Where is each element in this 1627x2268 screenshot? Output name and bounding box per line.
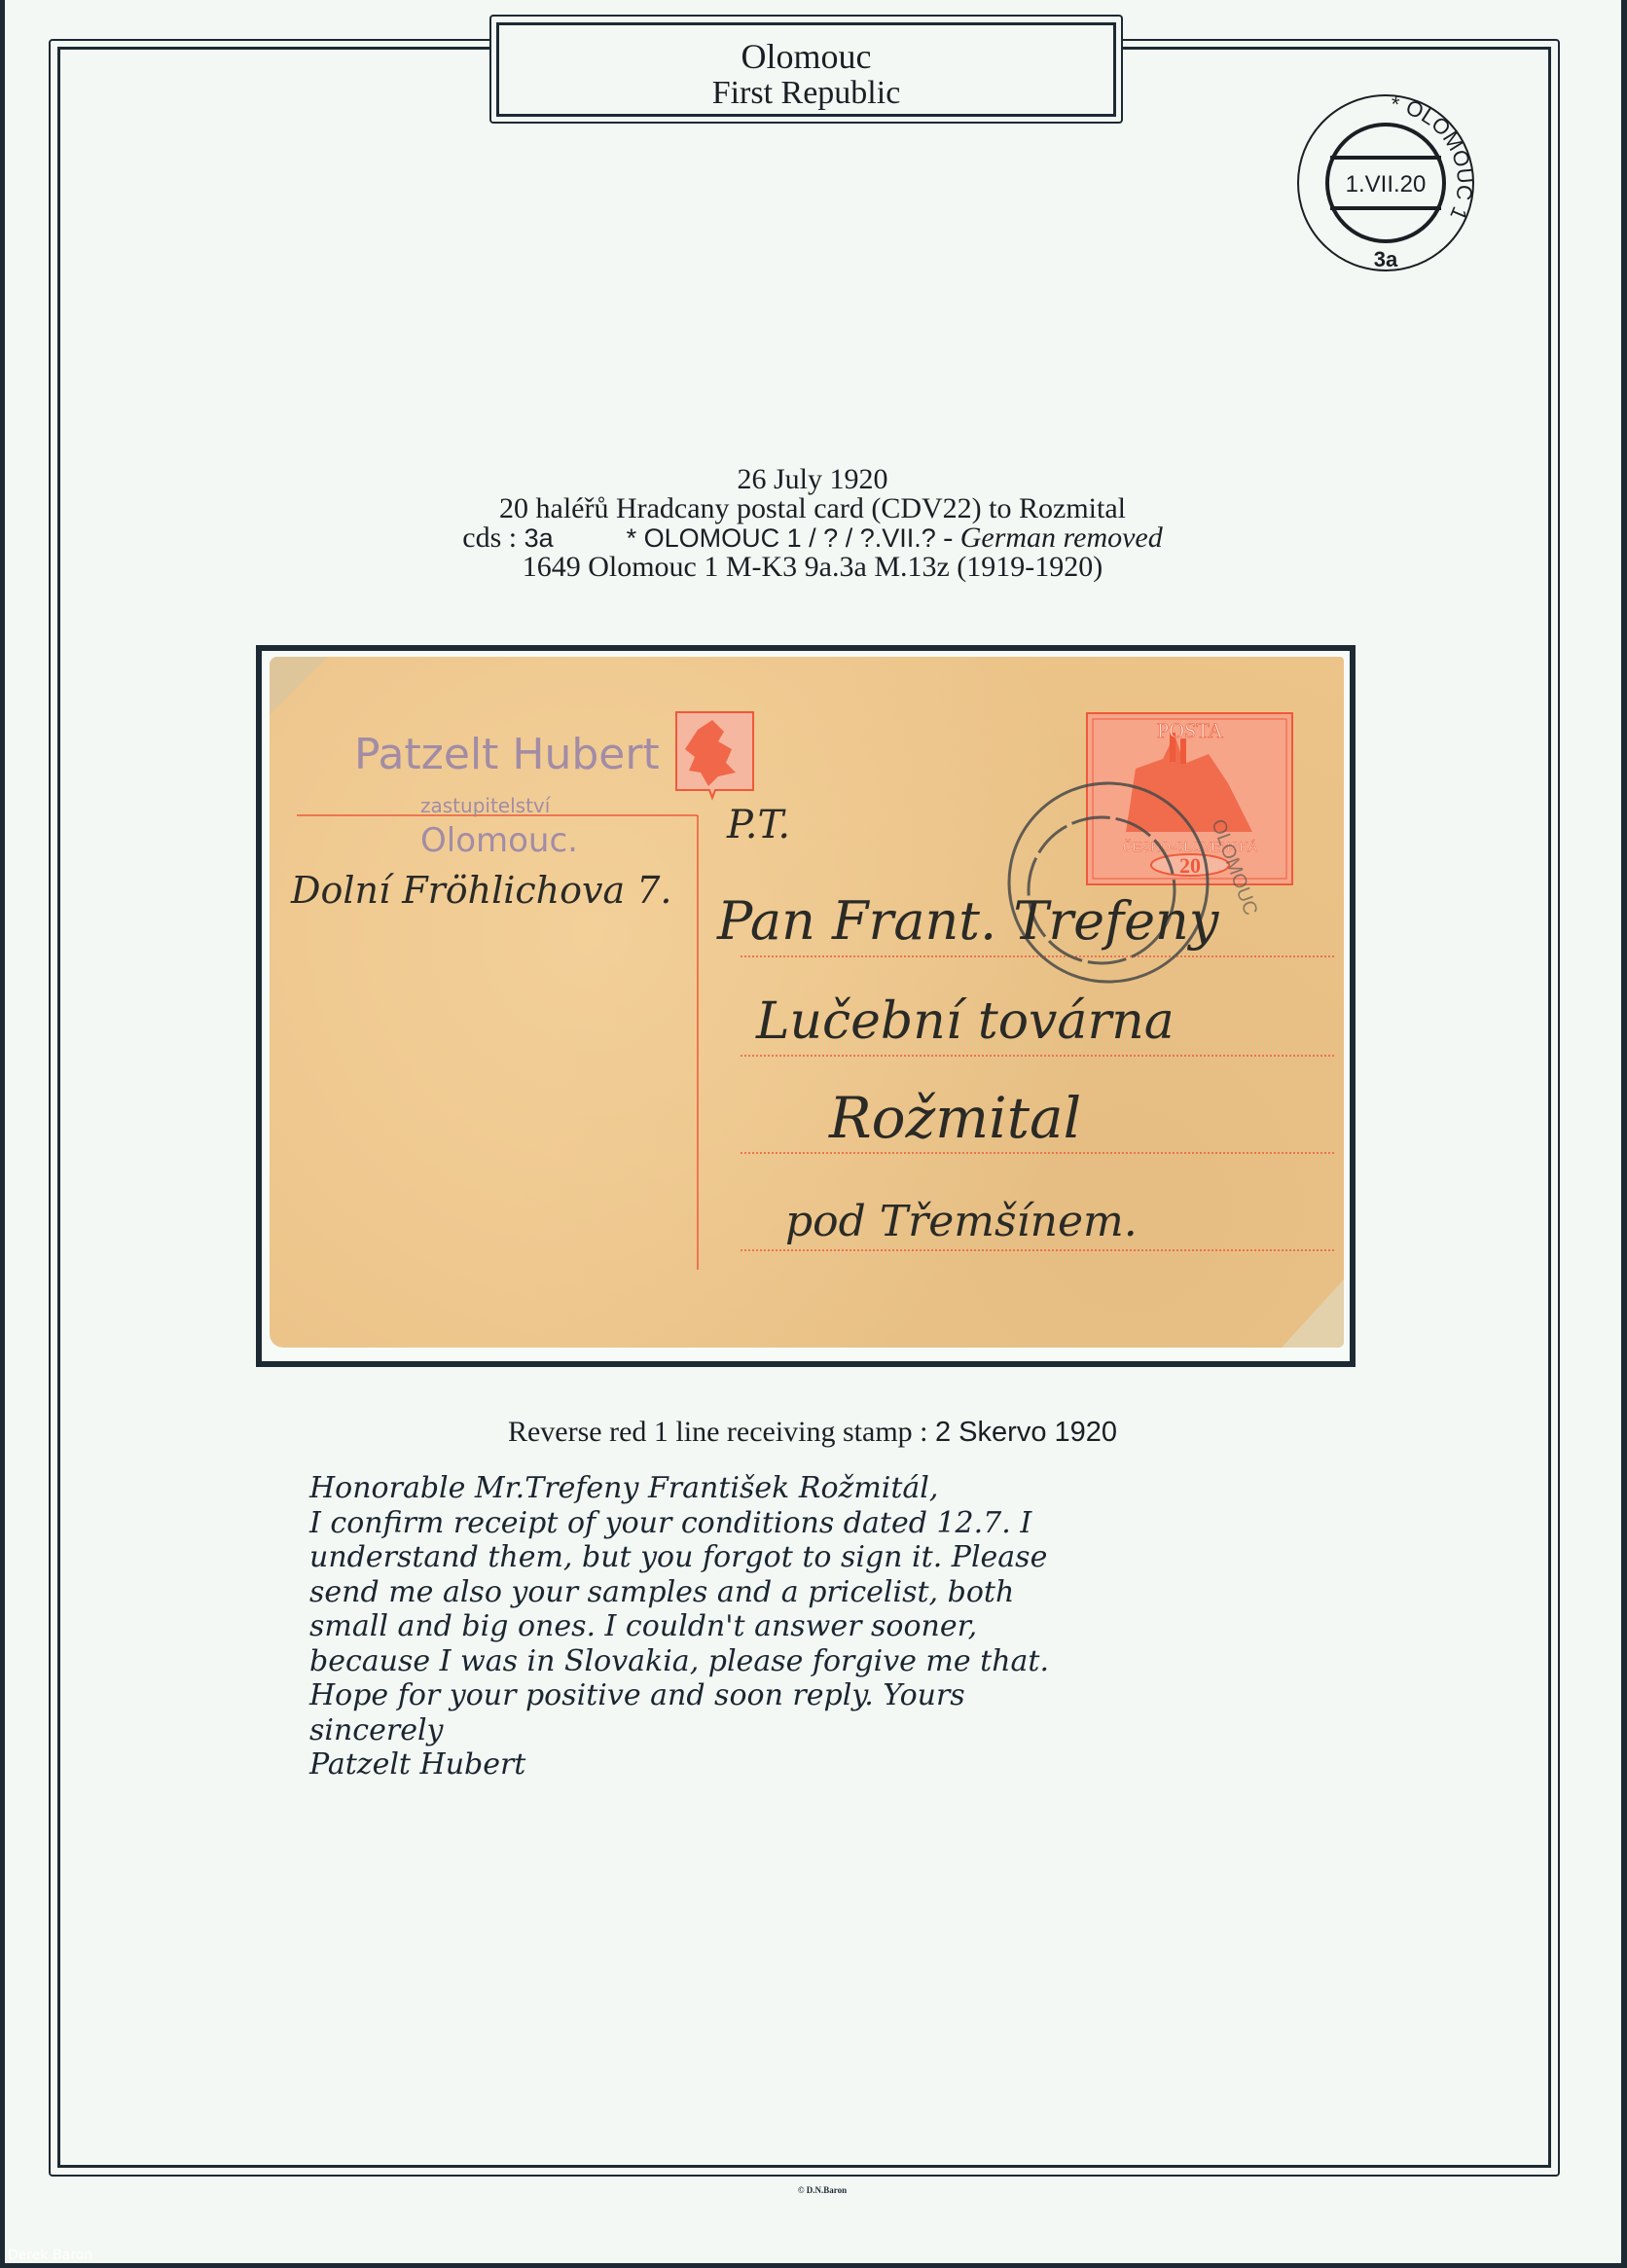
letter-line: I confirm receipt of your conditions dat… bbox=[309, 1506, 1283, 1541]
page-subtitle: First Republic bbox=[499, 76, 1113, 111]
address-pt: P.T. bbox=[727, 803, 790, 847]
postmark-date: 1.VII.20 bbox=[1346, 171, 1427, 198]
scan-edge-left bbox=[0, 0, 5, 2268]
address-company: Lučební továrna bbox=[756, 992, 1175, 1051]
letter-line: Hope for your positive and soon reply. Y… bbox=[309, 1678, 1283, 1713]
letter-line: sincerely bbox=[309, 1713, 1283, 1748]
reverse-note: Reverse red 1 line receiving stamp : 2 S… bbox=[195, 1416, 1430, 1449]
letter-line: because I was in Slovakia, please forgiv… bbox=[309, 1644, 1283, 1679]
svg-text:zastupitelství: zastupitelství bbox=[420, 794, 552, 817]
cds-note: - German removed bbox=[936, 522, 1163, 554]
catalogue-reference: 1649 Olomouc 1 M-K3 9a.3a M.13z (1919-19… bbox=[195, 553, 1430, 582]
address-name: Pan Frant. Trefeny bbox=[717, 890, 1218, 952]
coat-of-arms-icon bbox=[676, 712, 753, 798]
postmark-illustration: * OLOMOUC 1 1.VII.20 3a bbox=[1294, 91, 1477, 274]
letter-line: send me also your samples and a pricelis… bbox=[309, 1575, 1283, 1610]
letter-line: understand them, but you forgot to sign … bbox=[309, 1540, 1283, 1575]
watermark: Derek Baron bbox=[8, 2248, 92, 2263]
reverse-note-text: Reverse red 1 line receiving stamp : bbox=[508, 1416, 935, 1448]
letter-signature: Patzelt Hubert bbox=[309, 1747, 1283, 1782]
copyright-notice: © D.N.Baron bbox=[769, 2185, 876, 2195]
cds-text: * OLOMOUC 1 / ? / ?.VII.? bbox=[627, 523, 936, 553]
svg-text:Patzelt Hubert: Patzelt Hubert bbox=[354, 730, 660, 779]
reverse-note-value: 2 Skervo 1920 bbox=[935, 1417, 1117, 1448]
address-region: pod Třemšínem. bbox=[785, 1197, 1138, 1246]
address-town: Rožmital bbox=[829, 1085, 1081, 1151]
scan-edge-right bbox=[1621, 0, 1627, 2268]
sender-rubber-stamp: Patzelt Hubert zastupitelství Olomouc. bbox=[354, 730, 660, 860]
cds-line: cds : 3a * OLOMOUC 1 / ? / ?.VII.? - Ger… bbox=[195, 523, 1430, 553]
indicium-stamp: POSTA ČESKO-SLOVENSKÁ 20 bbox=[1087, 713, 1292, 884]
letter-line: Honorable Mr.Trefeny František Rožmitál, bbox=[309, 1471, 1283, 1506]
page-title: Olomouc bbox=[499, 37, 1113, 76]
letter-translation: Honorable Mr.Trefeny František Rožmitál,… bbox=[309, 1471, 1283, 1782]
letter-line: small and big ones. I couldn't answer so… bbox=[309, 1609, 1283, 1644]
postmark-code: 3a bbox=[1374, 247, 1398, 271]
cover-item: 20 haléřů Hradcany postal card (CDV22) t… bbox=[195, 494, 1430, 523]
postal-card: POSTA ČESKO-SLOVENSKÁ 20 OLOMOUC Patzelt… bbox=[270, 657, 1344, 1348]
cds-code: 3a bbox=[524, 523, 554, 553]
sender-handwriting: Dolní Fröhlichova 7. bbox=[291, 869, 672, 912]
indicium-value: 20 bbox=[1179, 853, 1201, 878]
title-box: Olomouc First Republic bbox=[496, 22, 1116, 117]
cover-description: 26 July 1920 20 haléřů Hradcany postal c… bbox=[195, 465, 1430, 582]
cds-label: cds : bbox=[462, 522, 524, 554]
indicium-top-text: POSTA bbox=[1157, 718, 1223, 742]
scan-edge-bottom bbox=[0, 2263, 1627, 2268]
svg-text:Olomouc.: Olomouc. bbox=[420, 821, 578, 860]
cover-date: 26 July 1920 bbox=[195, 465, 1430, 494]
